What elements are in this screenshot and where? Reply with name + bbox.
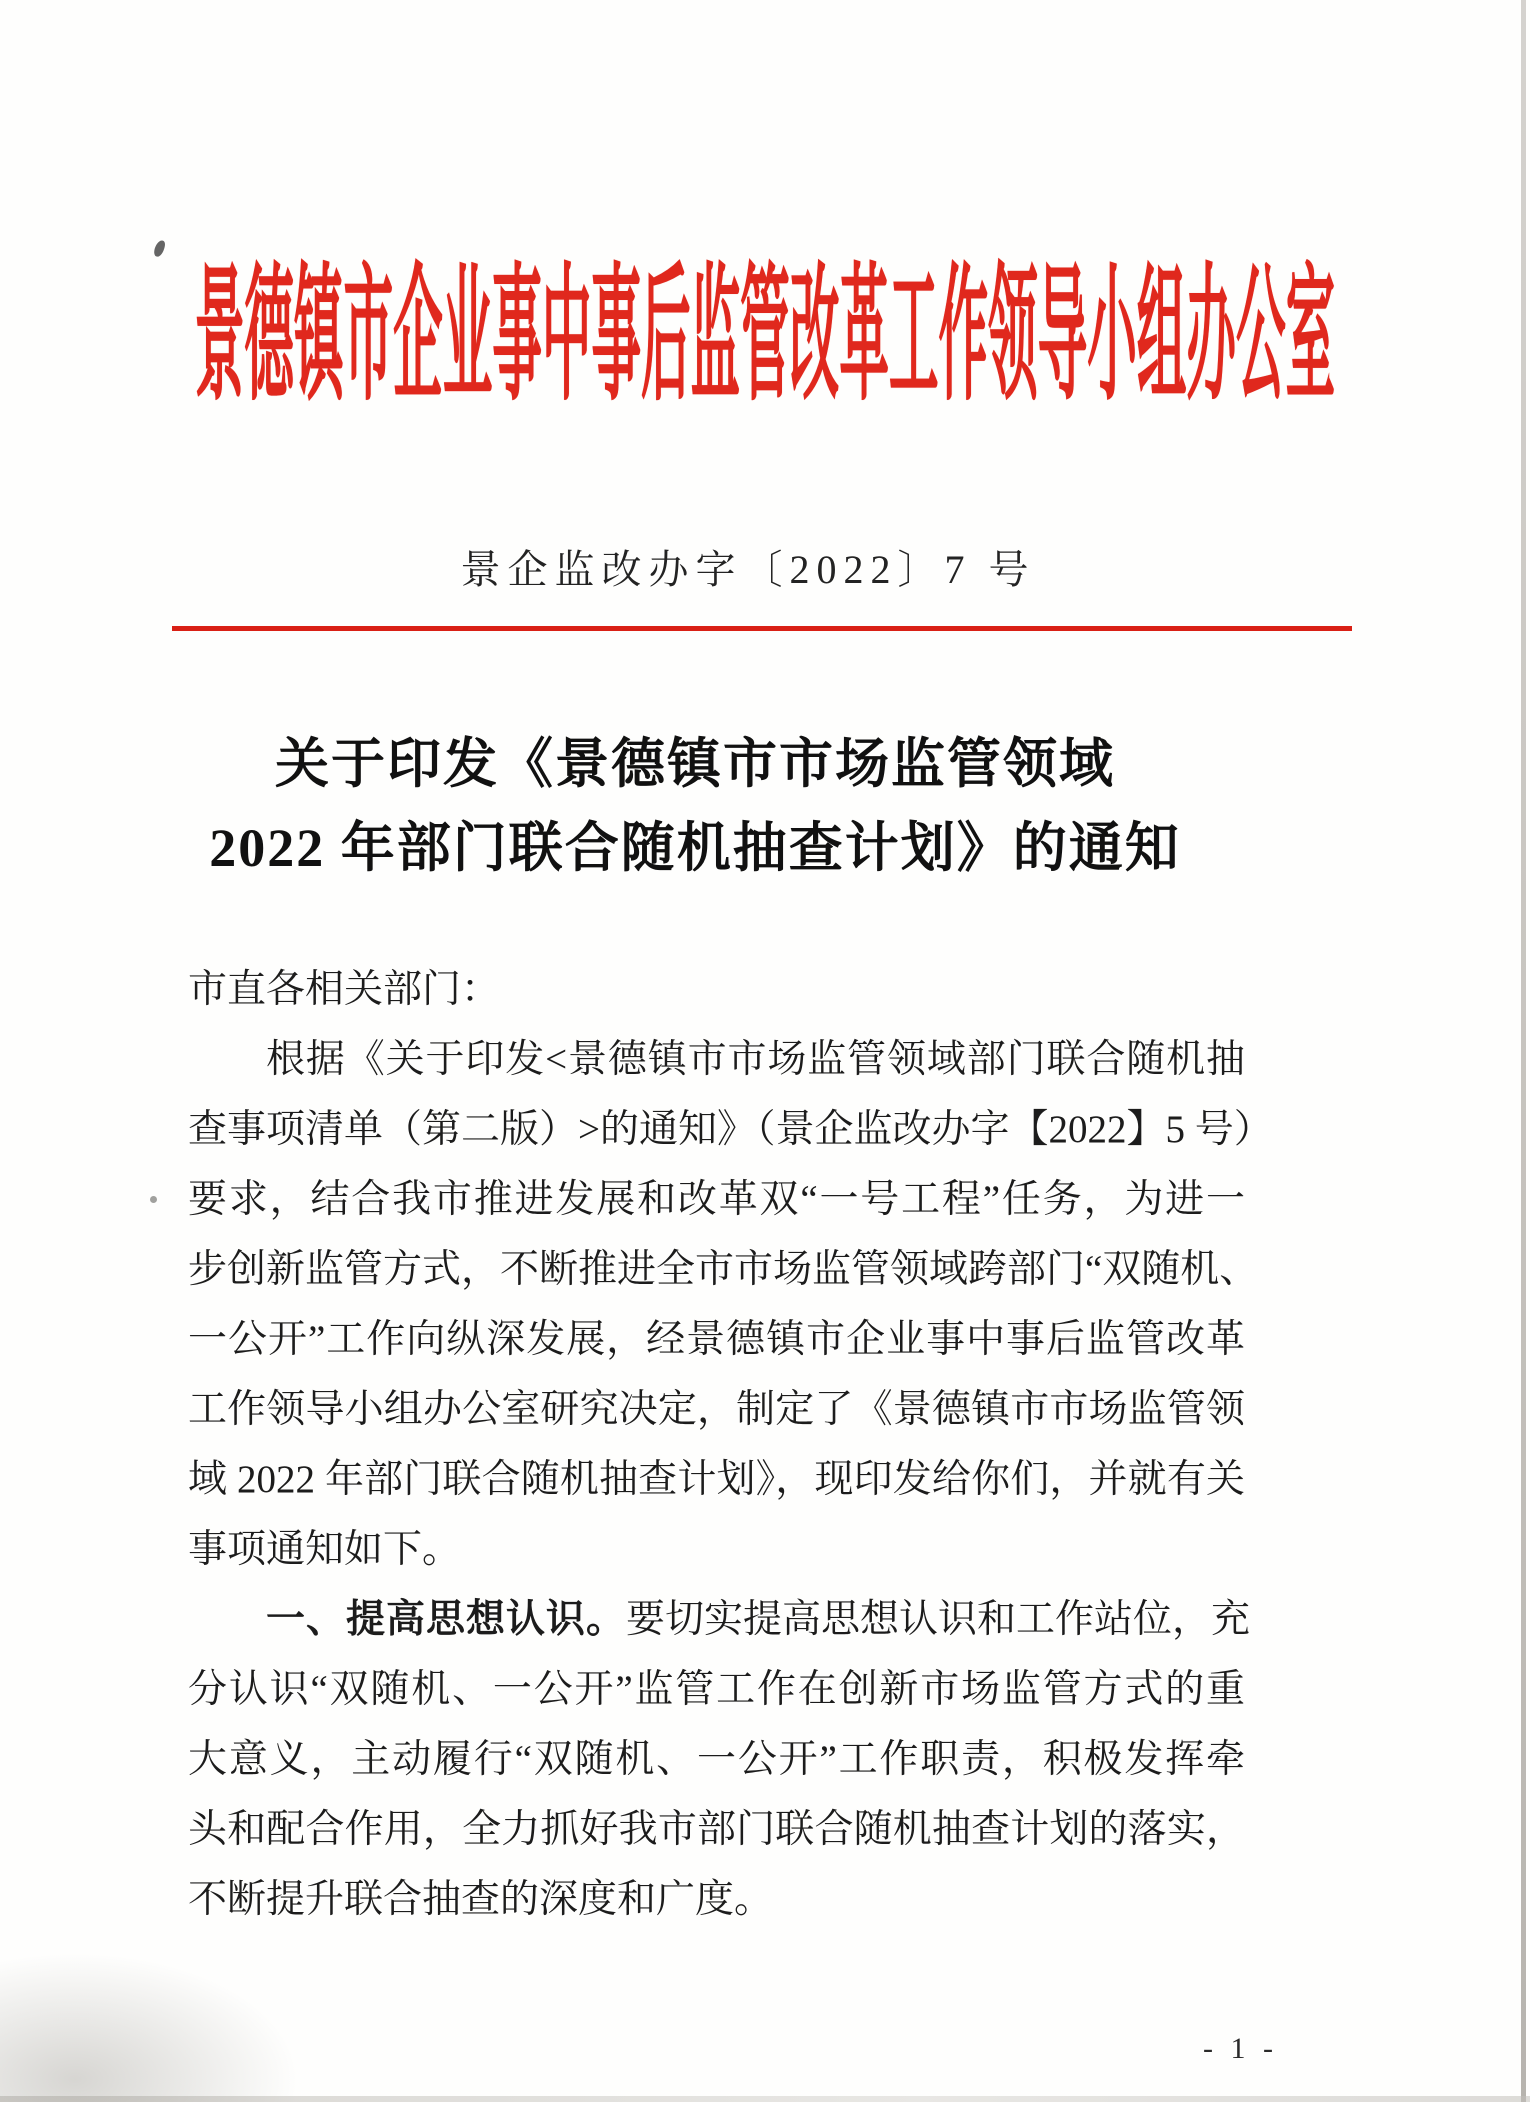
body-line: 分认识“双随机、一公开”监管工作在创新市场监管方式的重 <box>188 1655 1245 1725</box>
document-reference-number: 景企监改办字〔2022〕7 号 <box>0 540 1496 600</box>
scan-edge-right <box>1521 0 1526 2102</box>
letterhead-issuer-name: 景德镇市企业事中事后监管改革工作领导小组办公室 <box>195 262 1335 412</box>
body-line: 要求，结合我市推进发展和改革双“一号工程”任务，为进一 <box>188 1165 1245 1235</box>
body-line: 域 2022 年部门联合随机抽查计划》，现印发给你们，并就有关 <box>188 1445 1245 1515</box>
body-line-text: 要切实提高思想认识和工作站位，充 <box>626 1598 1250 1641</box>
document-page: 景德镇市企业事中事后监管改革工作领导小组办公室 景企监改办字〔2022〕7 号 … <box>0 0 1530 2102</box>
document-body: 市直各相关部门： 根据《关于印发<景德镇市市场监管领域部门联合随机抽 查事项清单… <box>188 955 1245 1935</box>
scan-speck <box>153 239 167 258</box>
letterhead: 景德镇市企业事中事后监管改革工作领导小组办公室 <box>0 262 1530 412</box>
body-line: 不断提升联合抽查的深度和广度。 <box>188 1865 1245 1935</box>
body-line: 一公开”工作向纵深发展，经景德镇市企业事中事后监管改革 <box>188 1305 1245 1375</box>
body-line: 步创新监管方式，不断推进全市市场监管领域跨部门“双随机、 <box>188 1235 1245 1305</box>
salutation-line: 市直各相关部门： <box>188 955 1245 1025</box>
document-title: 关于印发《景德镇市市场监管领域 2022 年部门联合随机抽查计划》的通知 <box>0 722 1390 890</box>
body-line: 工作领导小组办公室研究决定，制定了《景德镇市市场监管领 <box>188 1375 1245 1445</box>
body-line: 头和配合作用，全力抓好我市部门联合随机抽查计划的落实， <box>188 1795 1245 1865</box>
body-line: 查事项清单（第二版）>的通知》（景企监改办字【2022】5 号） <box>188 1095 1245 1165</box>
body-line: 大意义，主动履行“双随机、一公开”工作职责，积极发挥牵 <box>188 1725 1245 1795</box>
section-heading: 一、提高思想认识。 <box>266 1598 626 1641</box>
letterhead-divider-rule <box>172 626 1352 631</box>
body-line: 根据《关于印发<景德镇市市场监管领域部门联合随机抽 <box>188 1025 1245 1095</box>
body-line: 事项通知如下。 <box>188 1515 1245 1585</box>
document-title-line-2: 2022 年部门联合随机抽查计划》的通知 <box>0 806 1390 890</box>
body-line: 一、提高思想认识。要切实提高思想认识和工作站位，充 <box>188 1585 1245 1655</box>
page-number: - 1 - <box>1203 2032 1278 2066</box>
document-title-line-1: 关于印发《景德镇市市场监管领域 <box>0 722 1390 806</box>
scan-speck <box>150 1196 157 1203</box>
scan-smudge-bottom-left <box>0 1952 300 2102</box>
